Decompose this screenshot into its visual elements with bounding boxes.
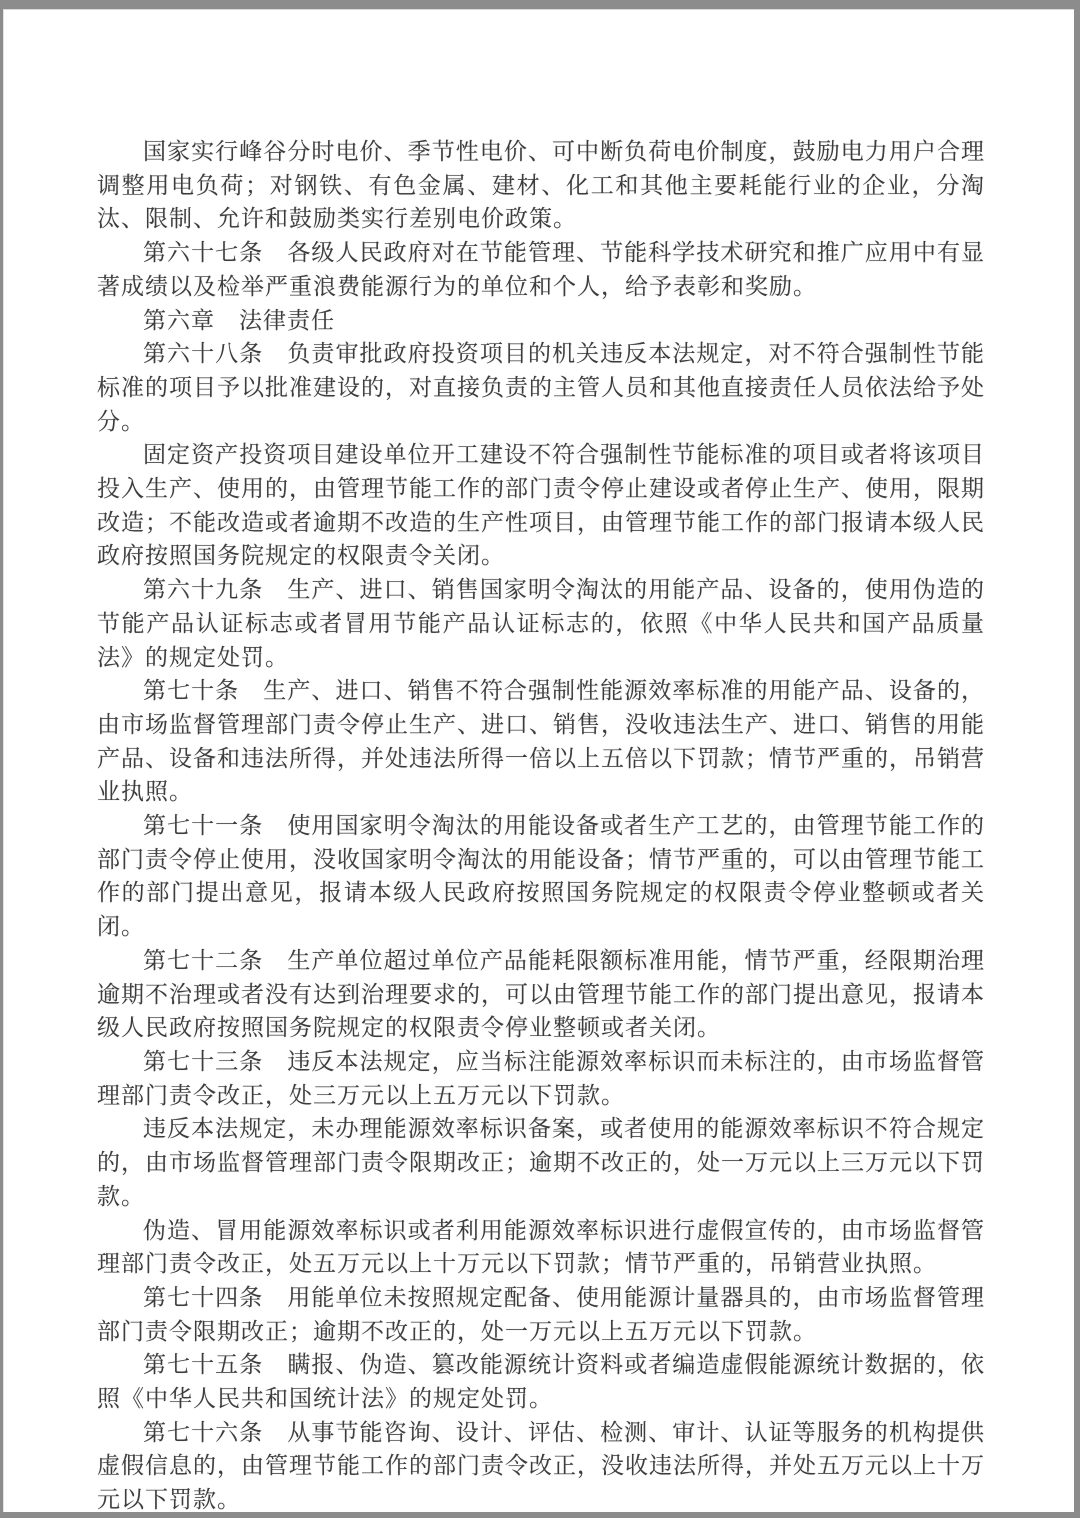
paragraph: 第六十七条 各级人民政府对在节能管理、节能科学技术研究和推广应用中有显著成绩以及… [97,236,985,303]
paragraph: 固定资产投资项目建设单位开工建设不符合强制性节能标准的项目或者将该项目投入生产、… [97,438,985,573]
paragraph: 第七十条 生产、进口、销售不符合强制性能源效率标准的用能产品、设备的，由市场监督… [97,674,985,809]
paragraph: 第七十三条 违反本法规定，应当标注能源效率标识而未标注的，由市场监督管理部门责令… [97,1045,985,1112]
paragraph: 伪造、冒用能源效率标识或者利用能源效率标识进行虚假宣传的，由市场监督管理部门责令… [97,1214,985,1281]
paragraph: 第六十八条 负责审批政府投资项目的机关违反本法规定，对不符合强制性节能标准的项目… [97,337,985,438]
paragraph: 违反本法规定，未办理能源效率标识备案，或者使用的能源效率标识不符合规定的，由市场… [97,1112,985,1213]
paragraph: 第七十六条 从事节能咨询、设计、评估、检测、审计、认证等服务的机构提供虚假信息的… [97,1416,985,1517]
paragraph: 第六十九条 生产、进口、销售国家明令淘汰的用能产品、设备的，使用伪造的节能产品认… [97,573,985,674]
paragraph: 第七十一条 使用国家明令淘汰的用能设备或者生产工艺的，由管理节能工作的部门责令停… [97,809,985,944]
paragraph: 第七十四条 用能单位未按照规定配备、使用能源计量器具的，由市场监督管理部门责令限… [97,1281,985,1348]
text-column: 国家实行峰谷分时电价、季节性电价、可中断负荷电价制度，鼓励电力用户合理调整用电负… [97,135,985,1517]
paragraph: 第七十二条 生产单位超过单位产品能耗限额标准用能，情节严重，经限期治理逾期不治理… [97,944,985,1045]
paragraph: 国家实行峰谷分时电价、季节性电价、可中断负荷电价制度，鼓励电力用户合理调整用电负… [97,135,985,236]
paragraph: 第七十五条 瞒报、伪造、篡改能源统计资料或者编造虚假能源统计数据的，依照《中华人… [97,1348,985,1415]
chapter-heading: 第六章 法律责任 [97,304,985,338]
document-page: 国家实行峰谷分时电价、季节性电价、可中断负荷电价制度，鼓励电力用户合理调整用电负… [3,9,1074,1512]
document-viewer: 国家实行峰谷分时电价、季节性电价、可中断负荷电价制度，鼓励电力用户合理调整用电负… [0,0,1080,1518]
